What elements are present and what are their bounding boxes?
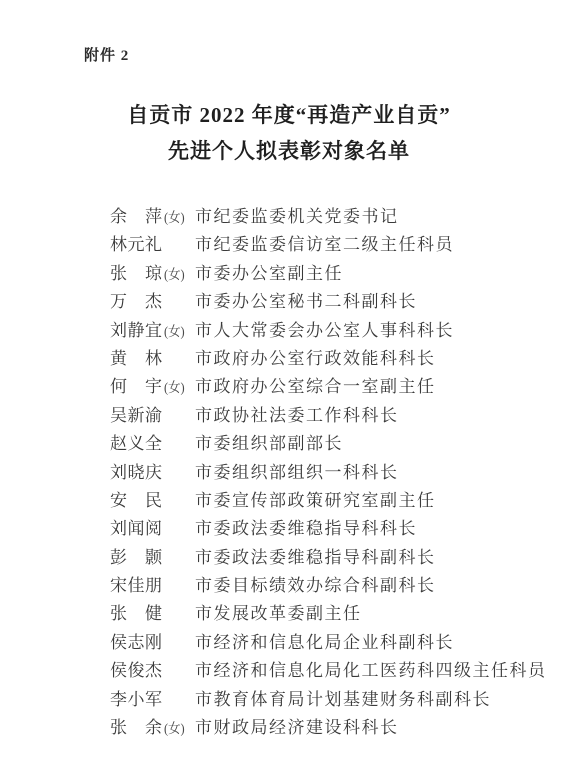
name-cell: 刘晓庆 (110, 458, 195, 483)
person-name: 吴新渝 (110, 401, 163, 426)
name-cell: 刘闻阅 (110, 514, 195, 539)
person-name: 彭 颢 (110, 543, 163, 568)
person-name: 万 杰 (110, 287, 163, 312)
list-item: 吴新渝市政协社法委工作科科长 (110, 401, 558, 429)
document-title: 自贡市 2022 年度“再造产业自贡” 先进个人拟表彰对象名单 (0, 97, 578, 169)
person-position: 市政协社法委工作科科长 (195, 401, 399, 426)
person-position: 市人大常委会办公室人事科科长 (195, 316, 454, 341)
document-title-line-1: 自贡市 2022 年度“再造产业自贡” (0, 97, 578, 133)
gender-note: (女) (164, 320, 185, 340)
name-cell: 张 余(女) (110, 713, 195, 738)
list-item: 安 民市委宣传部政策研究室副主任 (110, 486, 558, 514)
gender-note: (女) (164, 206, 185, 226)
person-position: 市政府办公室综合一室副主任 (195, 372, 436, 397)
gender-note: (女) (164, 717, 185, 737)
attachment-label: 附件 2 (84, 44, 129, 65)
person-name: 宋佳朋 (110, 571, 163, 596)
list-item: 刘晓庆市委组织部组织一科科长 (110, 458, 558, 486)
document-page: 附件 2 自贡市 2022 年度“再造产业自贡” 先进个人拟表彰对象名单 余 萍… (0, 0, 578, 774)
person-position: 市委政法委维稳指导科科长 (195, 514, 417, 539)
list-item: 侯俊杰市经济和信息化局化工医药科四级主任科员 (110, 656, 558, 684)
list-item: 何 宇(女)市政府办公室综合一室副主任 (110, 372, 558, 400)
list-item: 余 萍(女)市纪委监委机关党委书记 (110, 202, 558, 230)
name-cell: 黄 林 (110, 344, 195, 369)
name-cell: 李小军 (110, 685, 195, 710)
list-item: 林元礼市纪委监委信访室二级主任科员 (110, 230, 558, 258)
honoree-list: 余 萍(女)市纪委监委机关党委书记林元礼市纪委监委信访室二级主任科员张 琼(女)… (110, 202, 558, 741)
person-position: 市委办公室秘书二科副科长 (195, 287, 417, 312)
person-name: 李小军 (110, 685, 163, 710)
name-cell: 刘静宜(女) (110, 316, 195, 341)
person-name: 刘晓庆 (110, 458, 163, 483)
person-position: 市纪委监委机关党委书记 (195, 202, 399, 227)
person-name: 张 余 (110, 713, 163, 738)
document-title-line-2: 先进个人拟表彰对象名单 (0, 133, 578, 169)
list-item: 刘闻阅市委政法委维稳指导科科长 (110, 514, 558, 542)
list-item: 彭 颢市委政法委维稳指导科副科长 (110, 543, 558, 571)
list-item: 宋佳朋市委目标绩效办综合科副科长 (110, 571, 558, 599)
person-name: 刘闻阅 (110, 514, 163, 539)
person-position: 市财政局经济建设科科长 (195, 713, 399, 738)
name-cell: 吴新渝 (110, 401, 195, 426)
person-name: 侯志刚 (110, 628, 163, 653)
person-name: 赵义全 (110, 429, 163, 454)
name-cell: 侯俊杰 (110, 656, 195, 681)
person-name: 侯俊杰 (110, 656, 163, 681)
list-item: 黄 林市政府办公室行政效能科科长 (110, 344, 558, 372)
person-position: 市政府办公室行政效能科科长 (195, 344, 436, 369)
name-cell: 张 琼(女) (110, 259, 195, 284)
name-cell: 宋佳朋 (110, 571, 195, 596)
name-cell: 侯志刚 (110, 628, 195, 653)
person-position: 市纪委监委信访室二级主任科员 (195, 230, 454, 255)
name-cell: 万 杰 (110, 287, 195, 312)
name-cell: 赵义全 (110, 429, 195, 454)
person-name: 安 民 (110, 486, 163, 511)
person-position: 市委目标绩效办综合科副科长 (195, 571, 436, 596)
name-cell: 林元礼 (110, 230, 195, 255)
list-item: 侯志刚市经济和信息化局企业科副科长 (110, 628, 558, 656)
list-item: 李小军市教育体育局计划基建财务科副科长 (110, 685, 558, 713)
name-cell: 张 健 (110, 599, 195, 624)
person-position: 市委组织部副部长 (195, 429, 343, 454)
name-cell: 安 民 (110, 486, 195, 511)
name-cell: 彭 颢 (110, 543, 195, 568)
person-name: 余 萍 (110, 202, 163, 227)
person-position: 市经济和信息化局化工医药科四级主任科员 (195, 656, 547, 681)
person-position: 市委办公室副主任 (195, 259, 343, 284)
gender-note: (女) (164, 263, 185, 283)
person-position: 市教育体育局计划基建财务科副科长 (195, 685, 491, 710)
list-item: 张 琼(女)市委办公室副主任 (110, 259, 558, 287)
list-item: 张 健市发展改革委副主任 (110, 599, 558, 627)
person-position: 市经济和信息化局企业科副科长 (195, 628, 454, 653)
person-name: 何 宇 (110, 372, 163, 397)
person-position: 市委政法委维稳指导科副科长 (195, 543, 436, 568)
person-name: 张 健 (110, 599, 163, 624)
name-cell: 何 宇(女) (110, 372, 195, 397)
person-name: 林元礼 (110, 230, 163, 255)
person-position: 市委宣传部政策研究室副主任 (195, 486, 436, 511)
person-name: 张 琼 (110, 259, 163, 284)
list-item: 刘静宜(女)市人大常委会办公室人事科科长 (110, 316, 558, 344)
person-name: 刘静宜 (110, 316, 163, 341)
person-position: 市委组织部组织一科科长 (195, 458, 399, 483)
name-cell: 余 萍(女) (110, 202, 195, 227)
list-item: 张 余(女)市财政局经济建设科科长 (110, 713, 558, 741)
gender-note: (女) (164, 376, 185, 396)
list-item: 万 杰市委办公室秘书二科副科长 (110, 287, 558, 315)
list-item: 赵义全市委组织部副部长 (110, 429, 558, 457)
person-name: 黄 林 (110, 344, 163, 369)
person-position: 市发展改革委副主任 (195, 599, 362, 624)
